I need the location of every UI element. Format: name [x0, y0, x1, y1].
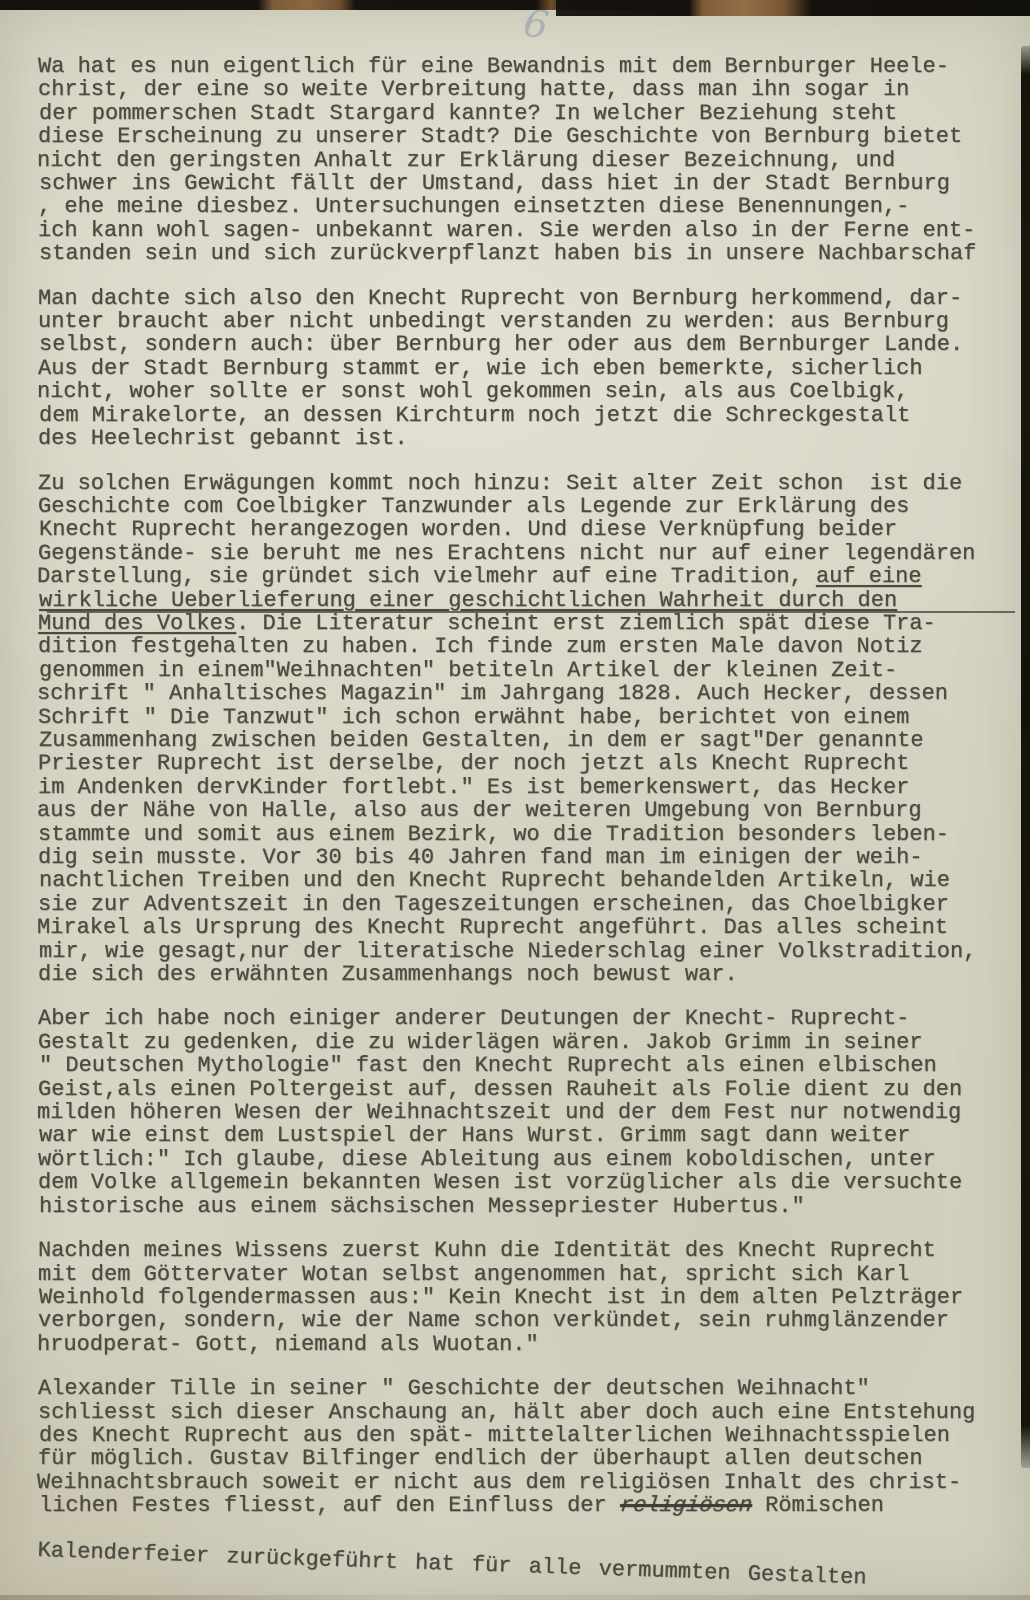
text-segment: sie zur Adventszeit in den Tageszeitunge…	[38, 892, 949, 917]
text-line: Aus der Stadt Bernburg stammt er, wie ic…	[38, 357, 1024, 380]
text-line: war wie einst dem Lustspiel der Hans Wur…	[39, 1124, 1025, 1147]
text-line: " Deutschen Mythologie" fast den Knecht …	[39, 1054, 1025, 1077]
text-segment: für möglich. Gustav Bilfinger endlich de…	[38, 1446, 923, 1471]
text-line: aus der Nähe von Halle, also aus der wei…	[37, 799, 1023, 822]
text-line: Gegenstände- sie beruht me nes Erachtens…	[38, 542, 1024, 565]
document-text: Wa hat es nun eigentlich für eine Bewand…	[38, 55, 1024, 1583]
text-segment: des Knecht Ruprecht aus den spät- mittel…	[39, 1423, 950, 1448]
text-line: milden höheren Wesen der Weihnachtszeit …	[37, 1101, 1023, 1124]
paragraph: Alexander Tille in seiner " Geschichte d…	[38, 1377, 1024, 1517]
text-line: Nachden meines Wissens zuerst Kuhn die I…	[38, 1239, 1024, 1262]
text-segment: mit dem Göttervater Wotan selbst angenom…	[38, 1262, 909, 1287]
text-segment: Geschichte com Coelbigker Tanzwunder als…	[38, 494, 909, 519]
text-segment: war wie einst dem Lustspiel der Hans Wur…	[39, 1123, 910, 1148]
text-segment: historische aus einem sächsischen Messep…	[39, 1194, 805, 1219]
text-segment: nicht den geringsten Anhalt zur Erklärun…	[37, 148, 895, 173]
text-segment: unter braucht aber nicht unbedingt verst…	[38, 309, 949, 334]
text-line: dem Mirakelorte, an dessen Kirchturm noc…	[39, 404, 1025, 427]
text-segment: schwer ins Gewicht fällt der Umstand, da…	[39, 171, 950, 196]
text-line: sie zur Adventszeit in den Tageszeitunge…	[38, 893, 1024, 916]
paragraph: Aber ich habe noch einiger anderer Deutu…	[38, 1007, 1024, 1218]
text-segment: schrift " Anhaltisches Magazin" im Jahrg…	[37, 681, 948, 706]
text-segment: dig sein musste. Vor 30 bis 40 Jahren fa…	[38, 845, 923, 870]
text-segment: Weinhold folgendermassen aus:" Kein Knec…	[39, 1285, 963, 1310]
text-segment: dem Mirakelorte, an dessen Kirchturm noc…	[39, 403, 910, 428]
text-line: verborgen, sondern, wie der Name schon v…	[38, 1309, 1024, 1332]
text-segment: hruodperat- Gott, niemand als Wuotan."	[37, 1332, 539, 1357]
text-line: Schrift " Die Tanzwut" ich schon erwähnt…	[38, 706, 1024, 729]
text-line: des Heelechrist gebannt ist.	[38, 427, 1024, 450]
paragraph: Man dachte sich also den Knecht Ruprecht…	[38, 287, 1024, 451]
text-segment: der pommerschen Stadt Stargard kannte? I…	[39, 101, 897, 126]
text-segment: nicht, woher sollte er sonst wohl gekomm…	[37, 379, 908, 404]
text-segment: die sich des erwähnten Zusammenhangs noc…	[38, 962, 738, 987]
text-segment: christ, der eine so weite Verbreitung ha…	[38, 77, 909, 102]
text-line: Gestalt zu gedenken, die zu widerlägen w…	[38, 1031, 1024, 1054]
text-segment: Mirakel als Ursprung des Knecht Ruprecht…	[37, 915, 948, 940]
text-line: schrift " Anhaltisches Magazin" im Jahrg…	[37, 682, 1023, 705]
text-line: Mirakel als Ursprung des Knecht Ruprecht…	[37, 916, 1023, 939]
text-segment: mir, wie gesagt,nur der literatische Nie…	[39, 939, 976, 964]
text-line: Weihnachtsbrauch soweit er nicht aus dem…	[37, 1471, 1023, 1494]
text-line: , ehe meine diesbez. Untersuchungen eins…	[38, 195, 1024, 218]
text-segment: wörtlich:" Ich glaube, diese Ableitung a…	[38, 1147, 936, 1172]
text-segment: Alexander Tille in seiner " Geschichte d…	[38, 1376, 870, 1401]
text-segment: selbst, sondern auch: über Bernburg her …	[39, 332, 963, 357]
text-segment: Römischen	[752, 1493, 884, 1518]
text-segment: stammte und somit aus einem Bezirk, wo d…	[38, 822, 949, 847]
text-line: wirkliche Ueberlieferung einer geschicht…	[39, 589, 1025, 612]
text-segment: verborgen, sondern, wie der Name schon v…	[38, 1308, 949, 1333]
text-segment: , ehe meine diesbez. Untersuchungen eins…	[38, 194, 909, 219]
text-line: Zusammenhang zwischen beiden Gestalten, …	[39, 729, 1025, 752]
text-line: unter braucht aber nicht unbedingt verst…	[38, 310, 1024, 333]
paragraph: Wa hat es nun eigentlich für eine Bewand…	[38, 55, 1024, 266]
text-segment: Aus der Stadt Bernburg stammt er, wie ic…	[38, 356, 923, 381]
text-segment: Gestalt zu gedenken, die zu widerlägen w…	[38, 1030, 923, 1055]
text-line: historische aus einem sächsischen Messep…	[39, 1195, 1025, 1218]
text-segment: Aber ich habe noch einiger anderer Deutu…	[38, 1006, 909, 1031]
text-line: nicht, woher sollte er sonst wohl gekomm…	[37, 380, 1023, 403]
text-segment: Man dachte sich also den Knecht Ruprecht…	[38, 286, 962, 311]
text-line: nachtlichen Treiben und den Knecht Rupre…	[39, 869, 1025, 892]
text-line: stammte und somit aus einem Bezirk, wo d…	[38, 823, 1024, 846]
text-line: Darstellung, sie gründet sich vielmehr a…	[37, 565, 1023, 588]
paragraph: Zu solchen Erwägungen kommt noch hinzu: …	[38, 472, 1024, 987]
text-segment: Knecht Ruprecht herangezogen worden. Und…	[39, 517, 897, 542]
text-line: im Andenken dervKinder fortlebt." Es ist…	[38, 776, 1024, 799]
text-line: lichen Festes fliesst, auf den Einfluss …	[39, 1494, 1025, 1517]
paragraph: Kalenderfeier zurückgeführt hat für alle…	[37, 1539, 1023, 1595]
text-segment: Kalenderfeier zurückgeführt hat für alle…	[37, 1538, 867, 1590]
text-line: Aber ich habe noch einiger anderer Deutu…	[38, 1007, 1024, 1030]
text-line: Weinhold folgendermassen aus:" Kein Knec…	[39, 1286, 1025, 1309]
text-segment: aus der Nähe von Halle, also aus der wei…	[37, 798, 922, 823]
text-line: Mund des Volkes. Die Literatur scheint e…	[38, 612, 1024, 635]
scan-bottom-shade	[0, 1595, 1030, 1600]
text-segment: Schrift " Die Tanzwut" ich schon erwähnt…	[38, 705, 909, 730]
text-line: schwer ins Gewicht fällt der Umstand, da…	[39, 172, 1025, 195]
text-line: Kalenderfeier zurückgeführt hat für alle…	[37, 1539, 1023, 1595]
text-line: Zu solchen Erwägungen kommt noch hinzu: …	[38, 472, 1024, 495]
text-segment: " Deutschen Mythologie" fast den Knecht …	[39, 1053, 937, 1078]
text-line: Wa hat es nun eigentlich für eine Bewand…	[38, 55, 1024, 78]
text-segment: im Andenken dervKinder fortlebt." Es ist…	[38, 775, 909, 800]
text-segment: Wa hat es nun eigentlich für eine Bewand…	[38, 54, 949, 79]
text-line: Geist,als einen Poltergeist auf, dessen …	[38, 1078, 1024, 1101]
text-line: Knecht Ruprecht herangezogen worden. Und…	[39, 518, 1025, 541]
text-line: Alexander Tille in seiner " Geschichte d…	[38, 1377, 1024, 1400]
text-line: christ, der eine so weite Verbreitung ha…	[38, 78, 1024, 101]
text-segment: dition festgehalten zu haben. Ich finde …	[38, 634, 923, 659]
text-line: Geschichte com Coelbigker Tanzwunder als…	[38, 495, 1024, 518]
text-segment: Weihnachtsbrauch soweit er nicht aus dem…	[37, 1470, 961, 1495]
text-line: der pommerschen Stadt Stargard kannte? I…	[39, 102, 1025, 125]
text-line: für möglich. Gustav Bilfinger endlich de…	[38, 1447, 1024, 1470]
scan-top-right-edge-artifact	[556, 0, 1030, 16]
text-segment: dem Volke allgemein bekannten Wesen ist …	[38, 1170, 962, 1195]
text-segment: lichen Festes fliesst, auf den Einfluss …	[39, 1493, 620, 1518]
text-segment: Priester Ruprecht ist derselbe, der noch…	[38, 751, 909, 776]
text-line: ich kann wohl sagen- unbekannt waren. Si…	[38, 219, 1024, 242]
text-segment: ich kann wohl sagen- unbekannt waren. Si…	[38, 218, 975, 243]
text-segment: Darstellung, sie gründet sich vielmehr a…	[37, 564, 816, 589]
text-segment: standen sein und sich zurückverpflanzt h…	[39, 241, 976, 266]
text-line: Priester Ruprecht ist derselbe, der noch…	[38, 752, 1024, 775]
text-line: des Knecht Ruprecht aus den spät- mittel…	[39, 1424, 1025, 1447]
text-line: dition festgehalten zu haben. Ich finde …	[38, 635, 1024, 658]
text-line: die sich des erwähnten Zusammenhangs noc…	[38, 963, 1024, 986]
text-line: standen sein und sich zurückverpflanzt h…	[39, 242, 1025, 265]
paragraph: Nachden meines Wissens zuerst Kuhn die I…	[38, 1239, 1024, 1356]
text-segment: Gegenstände- sie beruht me nes Erachtens…	[38, 541, 975, 566]
text-line: Man dachte sich also den Knecht Ruprecht…	[38, 287, 1024, 310]
text-segment: Zusammenhang zwischen beiden Gestalten, …	[39, 728, 924, 753]
text-segment: Nachden meines Wissens zuerst Kuhn die I…	[38, 1238, 936, 1263]
text-segment: Zu solchen Erwägungen kommt noch hinzu: …	[38, 471, 962, 496]
text-segment: . Die Literatur scheint erst ziemlich sp…	[236, 611, 936, 636]
text-line: hruodperat- Gott, niemand als Wuotan."	[37, 1333, 1023, 1356]
text-line: selbst, sondern auch: über Bernburg her …	[39, 333, 1025, 356]
underlined-text: auf eine	[816, 564, 922, 589]
text-segment: genommen in einem"Weihnachten" betiteln …	[39, 658, 897, 683]
text-segment: nachtlichen Treiben und den Knecht Rupre…	[39, 868, 950, 893]
text-line: schliesst sich dieser Anschaung an, hält…	[38, 1401, 1024, 1424]
text-line: mit dem Göttervater Wotan selbst angenom…	[38, 1263, 1024, 1286]
text-line: mir, wie gesagt,nur der literatische Nie…	[39, 940, 1025, 963]
text-line: diese Erscheinung zu unserer Stadt? Die …	[38, 125, 1024, 148]
struck-word: religiösen	[619, 1494, 753, 1517]
text-segment: Geist,als einen Poltergeist auf, dessen …	[38, 1077, 962, 1102]
scanned-page: 6 Wa hat es nun eigentlich für eine Bewa…	[0, 0, 1030, 1600]
text-line: wörtlich:" Ich glaube, diese Ableitung a…	[38, 1148, 1024, 1171]
text-line: dig sein musste. Vor 30 bis 40 Jahren fa…	[38, 846, 1024, 869]
text-line: dem Volke allgemein bekannten Wesen ist …	[38, 1171, 1024, 1194]
text-segment: des Heelechrist gebannt ist.	[38, 426, 408, 451]
text-line: nicht den geringsten Anhalt zur Erklärun…	[37, 149, 1023, 172]
text-segment: schliesst sich dieser Anschaung an, hält…	[38, 1400, 975, 1425]
underlined-text: wirkliche Ueberlieferung einer geschicht…	[39, 588, 897, 613]
underlined-text: Mund des Volkes	[38, 611, 236, 636]
text-line: genommen in einem"Weihnachten" betiteln …	[39, 659, 1025, 682]
text-segment: diese Erscheinung zu unserer Stadt? Die …	[38, 124, 962, 149]
text-segment: milden höheren Wesen der Weihnachtszeit …	[37, 1100, 961, 1125]
